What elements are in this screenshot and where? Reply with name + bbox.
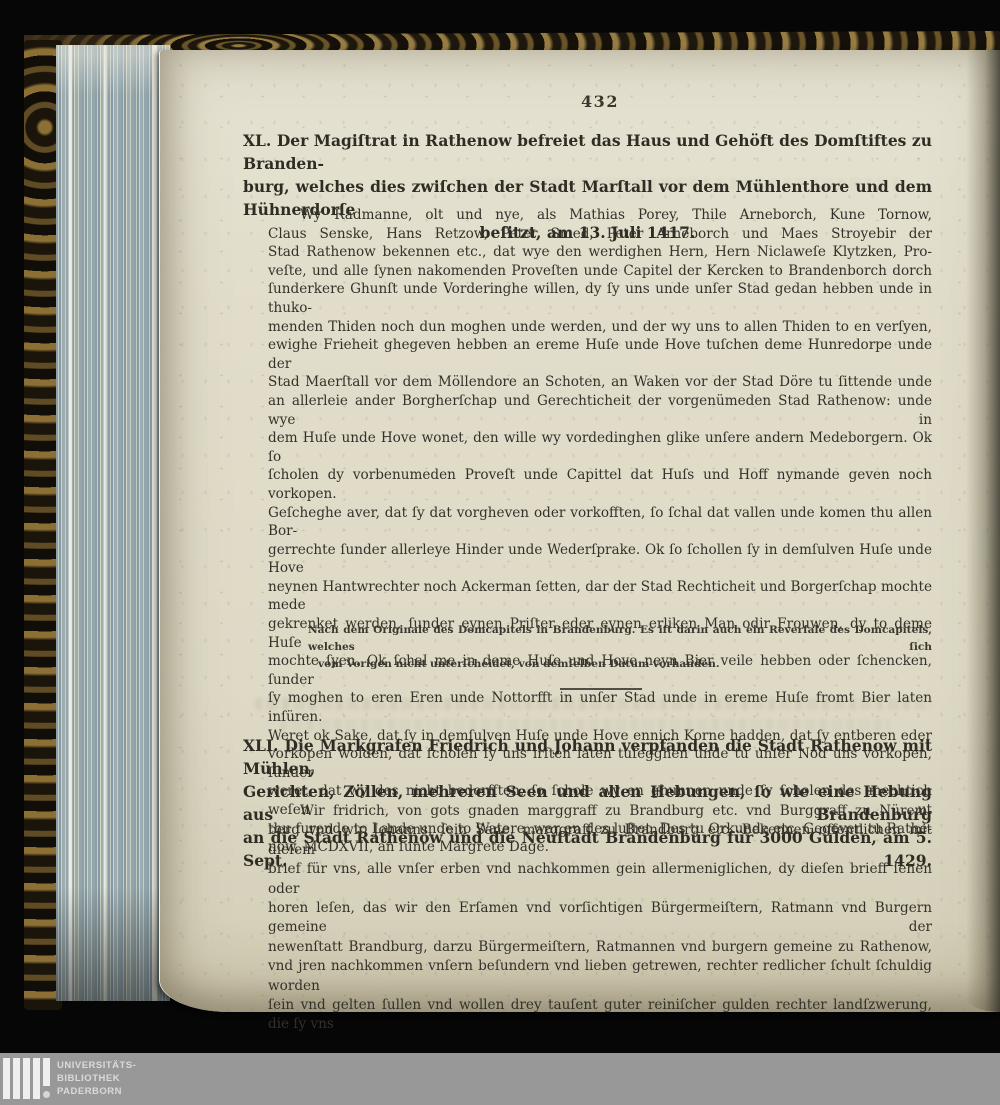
library-name: UNIVERSITÄTS- BIBLIOTHEK PADERBORN [57, 1059, 136, 1098]
note-line: Nach dem Originale des Domcapitels in Br… [308, 622, 932, 656]
body-text-line: dem Huſe unde Hove wonet, den wille wy v… [268, 429, 932, 466]
logo-bar [3, 1058, 10, 1099]
body-text-line: menden Thiden noch dun moghen unde werde… [268, 318, 932, 337]
body-text-line: veſte, und alle ſynen nakomenden Proveſt… [268, 262, 932, 281]
section-divider-rule [560, 688, 642, 690]
logo-bar [13, 1058, 20, 1099]
note-line: vom Vorigen nicht unterſcheidet, von dem… [308, 656, 932, 673]
body-text-line: ſein vnd gelten ſullen vnd wollen drey t… [268, 996, 932, 1035]
page-number: 432 [268, 92, 932, 111]
library-name-line: UNIVERSITÄTS- [57, 1059, 136, 1072]
body-text-line: Stad Rathenow bekennen etc., dat wye den… [268, 243, 932, 262]
body-text-line: Stad Maerſtall vor dem Möllendore an Sch… [268, 373, 932, 392]
logo-bar [23, 1058, 30, 1099]
section-xl-archival-note: Nach dem Originale des Domcapitels in Br… [308, 622, 932, 673]
section-xli-body: Wir fridrich, von gots gnaden marggraff … [268, 802, 932, 1035]
body-text-line: ſy moghen to eren Eren unde Nottorfft in… [268, 689, 932, 726]
body-text-line: Wy Radmanne, olt und nye, als Mathias Po… [268, 206, 932, 225]
library-name-line: BIBLIOTHEK [57, 1072, 136, 1085]
body-text-line: ewighe Frieheit ghegeven hebben an ereme… [268, 336, 932, 373]
body-text-line: berg vnd wir Johanns, ſein Sane, marggra… [268, 821, 932, 860]
body-text-line: newenſtatt Brandburg, darzu Bürgermeiſte… [268, 938, 932, 957]
body-text-line: neynen Hantwrechter noch Ackerman ſetten… [268, 578, 932, 615]
body-text-line: horen leſen, das wir den Erſamen vnd vor… [268, 899, 932, 938]
logo-bar [33, 1058, 40, 1099]
logo-exclamation-bar [43, 1058, 50, 1098]
logo-exclamation-dot [43, 1091, 50, 1098]
body-text-line: vnd jren nachkommen vnſern beſundern vnd… [268, 957, 932, 996]
body-text-line: ſcholen dy vorbenumeden Proveſt unde Cap… [268, 466, 932, 503]
body-text-line: Wir fridrich, von gots gnaden marggraff … [268, 802, 932, 821]
page-gutter-shadow [966, 50, 1000, 1012]
library-logo-bars-icon [3, 1058, 50, 1100]
library-watermark-band: UNIVERSITÄTS- BIBLIOTHEK PADERBORN [0, 1053, 1000, 1105]
heading-line: XL. Der Magiſtrat in Rathenow befreiet d… [243, 129, 932, 175]
body-text-line: an allerleie ander Borgherſchap und Gere… [268, 392, 932, 429]
library-name-line: PADERBORN [57, 1085, 136, 1098]
book-scan-photo: 432 XL. Der Magiſtrat in Rathenow befrei… [0, 0, 1000, 1105]
book-page: 432 XL. Der Magiſtrat in Rathenow befrei… [160, 50, 1000, 1012]
body-text-line: ſunderkere Ghunſt unde Vorderinghe wille… [268, 280, 932, 317]
heading-line: XLI. Die Markgrafen Friedrich und Johann… [243, 734, 932, 780]
body-text-line: gerrechte ſunder allerleye Hinder unde W… [268, 541, 932, 578]
body-text-line: brief für vns, alle vnſer erben vnd nach… [268, 860, 932, 899]
body-text-line: Claus Senske, Hans Retzow, Peter Smed, P… [268, 225, 932, 244]
book-page-edge-stack [56, 45, 170, 1001]
body-text-line: Geſcheghe aver, dat ſy dat vorgheven ode… [268, 504, 932, 541]
